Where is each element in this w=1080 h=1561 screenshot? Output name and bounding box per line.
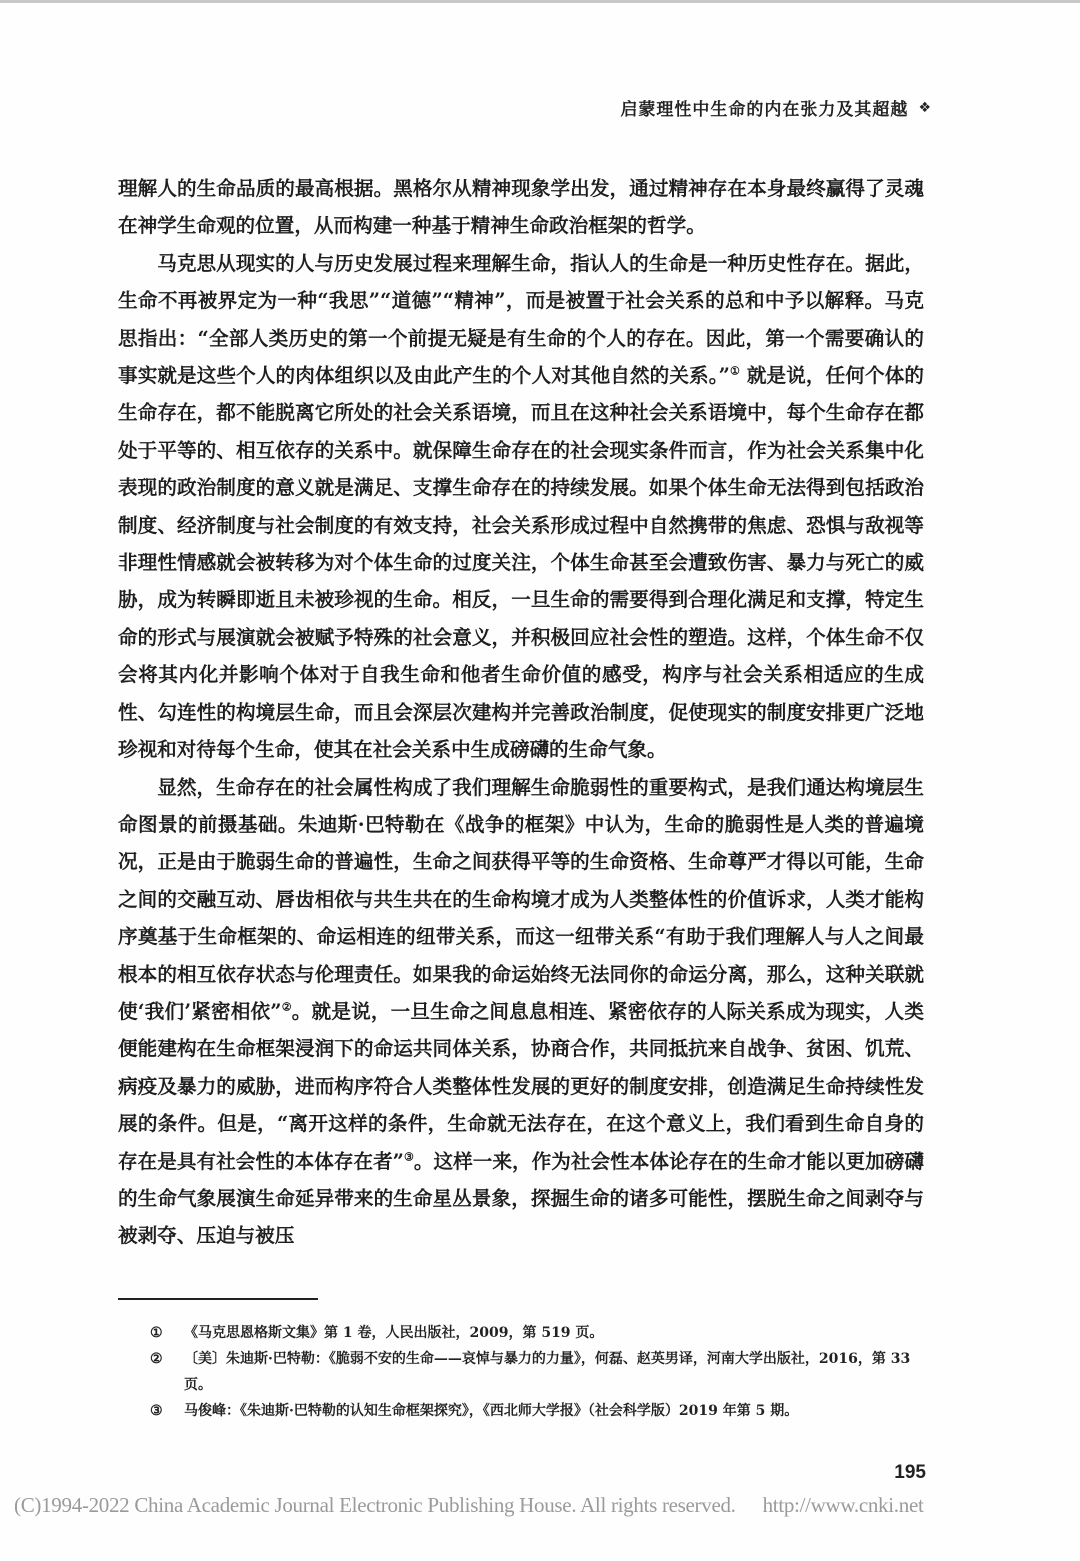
diamond-ornament-icon: ❖ [918,100,932,116]
paragraph-text: 显然，生命存在的社会属性构成了我们理解生命脆弱性的重要构式，是我们通达构境层生命… [118,776,924,1023]
footnote-ref-1[interactable]: ① [730,365,740,378]
footnote-mark: ② [150,1346,184,1398]
footnote-divider [118,1298,318,1300]
paragraph-3: 显然，生命存在的社会属性构成了我们理解生命脆弱性的重要构式，是我们通达构境层生命… [118,769,924,1255]
copyright-footer: (C)1994-2022 China Academic Journal Elec… [14,1493,1074,1518]
footnote-1: ① 《马克思恩格斯文集》第 1 卷，人民出版社，2009，第 519 页。 [150,1320,930,1346]
footnote-text: 马俊峰：《朱迪斯·巴特勒的认知生命框架探究》，《西北师大学报》（社会科学版）20… [184,1398,930,1424]
body-text: 理解人的生命品质的最高根据。黑格尔从精神现象学出发，通过精神存在本身最终赢得了灵… [118,170,924,1255]
footnote-mark: ③ [150,1398,184,1424]
running-head: 启蒙理性中生命的内在张力及其超越 ❖ [620,95,932,120]
page-number: 195 [894,1462,926,1484]
copyright-notice: (C)1994-2022 China Academic Journal Elec… [14,1493,736,1517]
footnote-3: ③ 马俊峰：《朱迪斯·巴特勒的认知生命框架探究》，《西北师大学报》（社会科学版）… [150,1398,930,1424]
running-head-title: 启蒙理性中生命的内在张力及其超越 [620,95,908,120]
paragraph-1: 理解人的生命品质的最高根据。黑格尔从精神现象学出发，通过精神存在本身最终赢得了灵… [118,170,924,245]
footnote-ref-2[interactable]: ② [282,1000,292,1013]
footnote-mark: ① [150,1320,184,1346]
paragraph-text: 。就是说，一旦生命之间息息相连、紧密依存的人际关系成为现实，人类便能建构在生命框… [118,1000,924,1173]
footnote-text: 《马克思恩格斯文集》第 1 卷，人民出版社，2009，第 519 页。 [184,1320,930,1346]
page-top-edge [0,0,1080,3]
paragraph-text: 理解人的生命品质的最高根据。黑格尔从精神现象学出发，通过精神存在本身最终赢得了灵… [118,177,924,237]
footnotes: ① 《马克思恩格斯文集》第 1 卷，人民出版社，2009，第 519 页。 ② … [150,1320,930,1424]
paragraph-text: 就是说，任何个体的生命存在，都不能脱离它所处的社会关系语境，而且在这种社会关系语… [118,364,924,761]
footnote-ref-3[interactable]: ③ [404,1150,414,1163]
paragraph-2: 马克思从现实的人与历史发展过程来理解生命，指认人的生命是一种历史性存在。据此，生… [118,245,924,769]
footnote-2: ② 〔美〕朱迪斯·巴特勒：《脆弱不安的生命——哀悼与暴力的力量》，何磊、赵英男译… [150,1346,930,1398]
footnote-text: 〔美〕朱迪斯·巴特勒：《脆弱不安的生命——哀悼与暴力的力量》，何磊、赵英男译，河… [184,1346,930,1398]
cnki-link[interactable]: http://www.cnki.net [763,1493,924,1517]
